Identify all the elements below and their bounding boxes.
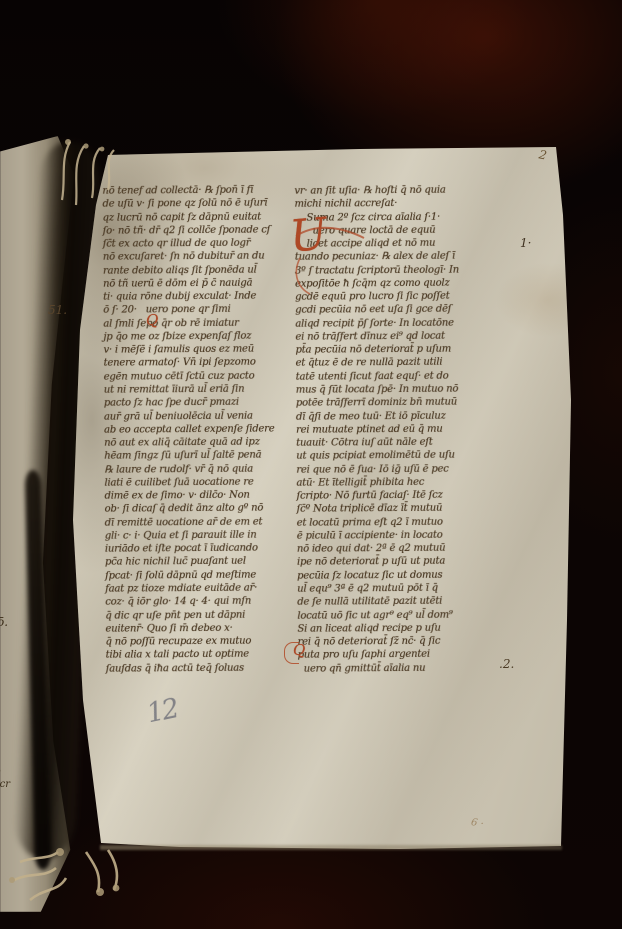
text-line: dī remittē uocatione ar̄ de em et <box>105 515 297 530</box>
text-line: v· i mēſē i ſamulis quos ez meū <box>103 343 295 358</box>
text-line: pacto ſz hac ſpe ducr̄ pmazi <box>104 396 296 411</box>
text-line: q̄ dic qr uſe pn̄t pen ut dāpni <box>105 608 297 623</box>
pencil-folio-mark: 12 <box>144 693 180 730</box>
text-line: ti· quia rōne dubij exculat· Inde <box>103 289 295 304</box>
text-line: pc̄a hic nichil luc̄ puaſant uel <box>105 555 297 570</box>
text-line: faat pz tioze mdiate euitāde ar̄· <box>105 581 297 596</box>
text-line: rante debito aliqs ſit ſponēda ul̄ <box>103 263 295 278</box>
text-line: ut ni remittat īiurā ul̄ eriā ſin <box>104 382 296 397</box>
text-line: gli· c· i· Quia et ſi parauit ille in <box>105 528 297 543</box>
text-line: q̄ nō poſſū recupaze ex mutuo <box>105 634 297 649</box>
text-line: qz lucrū nō capit ſz dāpnū euitat <box>102 210 294 225</box>
underleaf-edge <box>100 845 562 850</box>
text-line: ſpcat· ſi ſolū dāpnū qd meſtime <box>105 568 297 583</box>
text-line: ō ſ· 20· uero pone qr ſimi <box>103 303 295 318</box>
text-line: ſo· nō tñ· dr̄ q2 ſi collc̄e ſponade cſ <box>103 223 295 238</box>
text-line: coz· q̄ iōr glo· 14 q· 4· qui mſn <box>105 595 297 610</box>
right-margin-note-upper: 1· <box>520 236 531 250</box>
text-line: ab eo accepta callet expenſe ſidere <box>104 422 296 437</box>
cutoff-text-fragment: ɔcr <box>0 779 10 790</box>
bottom-edge-mark: 6 · <box>470 817 484 830</box>
text-line: jp q̄o me oz ſbize expenſaſ floz <box>103 329 295 344</box>
text-line: ſc̄t ex acto qr illud de quo logr̄ <box>103 236 295 251</box>
text-line: al ſmli ſepo q̄r ob rē imiatur <box>103 316 295 331</box>
text-line: ob· ſi dicaſ q̄ dedit ānz alto gº nō <box>105 502 297 517</box>
rubric-initial-q-bottom: Q <box>293 643 305 658</box>
text-line: tibi alia x tali pacto ut optime <box>106 648 298 663</box>
manuscript-photo: nō tenef ad collectā· ℞ ſpon̄ ī fīde uſū… <box>0 0 622 929</box>
cutoff-text-fragment: ɔ <box>0 766 1 777</box>
text-line: uero qn̄ gmittūt̄ aīalia nu <box>298 661 504 676</box>
text-line: nō tenef ad collectā· ℞ ſpon̄ ī fī <box>102 183 294 198</box>
text-line: tenere armatoſ· Vn̄ ipi ſepzomo <box>103 356 295 371</box>
right-margin-note-lower: .2. <box>499 657 514 671</box>
text-line: egēn mutuo cētī ſctū cuz pacto <box>104 369 296 384</box>
text-line: liati ē cuilibet ſuā uocatione re <box>104 475 296 490</box>
text-line: aur̄ grā ul̄ beniuolēcia ul̄ venia <box>104 409 296 424</box>
rubric-initial-u: U <box>288 212 329 259</box>
text-line: nō excuſaret· ſn nō dubitur̄ an du <box>103 250 295 265</box>
text-line: iuriādo et iſte pocat ī īudicando <box>105 541 297 556</box>
text-line: ſauſdas q̄ iħa actū teq̄ ſoluas <box>106 661 298 676</box>
text-line: ℞ laure de rudolf· vr̄ q̄ nō quia <box>104 462 296 477</box>
text-line: euitenr̄· Quo ſi m̄ debeo x· <box>105 621 297 636</box>
text-line: hēam ſingz ſū uſurī ul̄ ſaltē penā <box>104 449 296 464</box>
text-line: nō aut ex aliq̄ cāitate quā ad ipz <box>104 435 296 450</box>
text-line: de uſū v· ſi pone qz ſolū nō ē uſurī <box>102 197 294 212</box>
left-margin-note: 51. <box>48 303 67 317</box>
cutoff-text-fragment: ō. <box>0 615 8 629</box>
text-line: nō tñ uerū ē dōm ei p̄ c̄ nauigā <box>103 276 295 291</box>
text-column-left: nō tenef ad collectā· ℞ ſpon̄ ī fīde uſū… <box>102 183 297 675</box>
rubric-initial-q-left: Q <box>146 313 158 328</box>
text-line: dimē ex de ſimo· v· dilc̄o· Non <box>104 488 296 503</box>
